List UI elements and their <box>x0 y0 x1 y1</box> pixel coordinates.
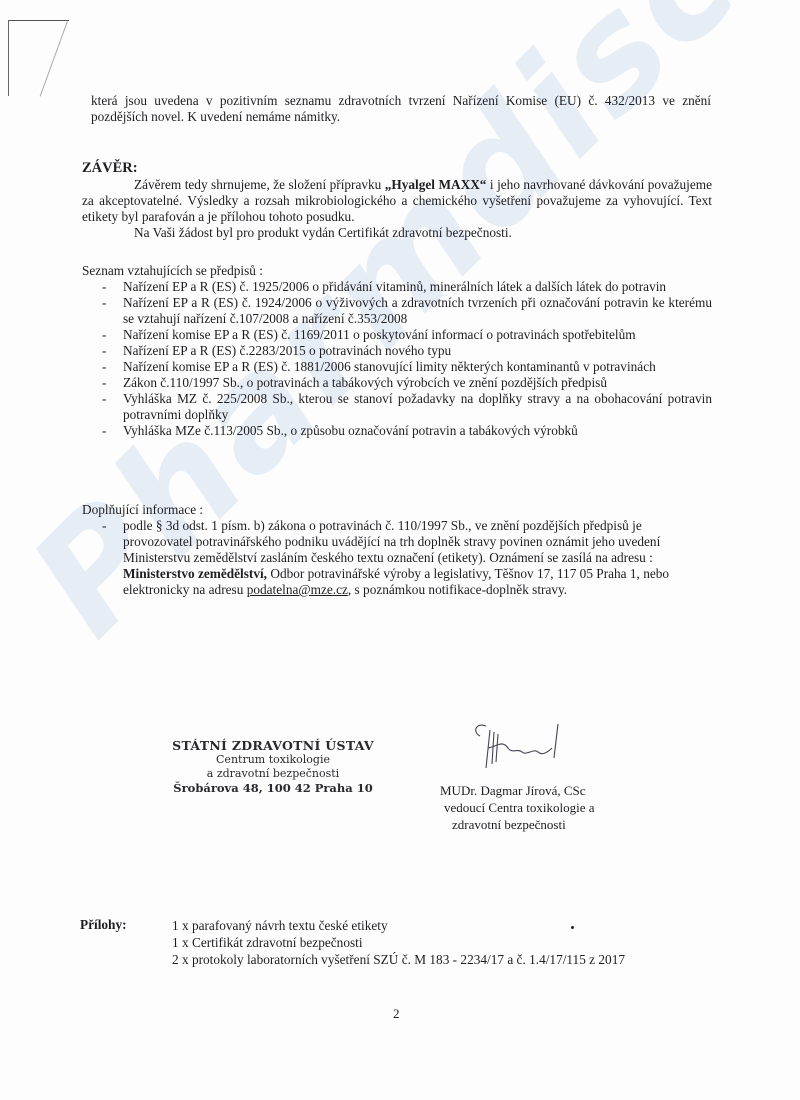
conclusion-paragraph-2: Na Vaši žádost byl pro produkt vydán Cer… <box>82 225 712 241</box>
list-item: Vyhláška MZ č. 225/2008 Sb., kterou se s… <box>100 391 712 423</box>
list-item: Nařízení EP a R (ES) č. 1924/2006 o výži… <box>100 295 712 327</box>
additional-info-title: Doplňující informace : <box>82 502 203 518</box>
list-item: Nařízení EP a R (ES) č. 1925/2006 o přid… <box>100 279 712 295</box>
signer-role-cont: zdravotní bezpečnosti <box>440 816 595 833</box>
conclusion-heading: ZÁVĚR: <box>82 160 138 176</box>
list-item: Nařízení komise EP a R (ES) č. 1169/2011… <box>100 327 712 343</box>
attachments-label: Přílohy: <box>80 917 127 933</box>
scan-corner-mark <box>8 20 69 96</box>
conclusion-body: Závěrem tedy shrnujeme, že složení přípr… <box>82 177 712 241</box>
ink-dot <box>571 926 574 929</box>
list-item: podle § 3d odst. 1 písm. b) zákona o pot… <box>100 518 712 598</box>
list-item: Nařízení komise EP a R (ES) č. 1881/2006… <box>100 359 712 375</box>
intro-paragraph: která jsou uvedena v pozitivním seznamu … <box>91 93 711 125</box>
email-link[interactable]: podatelna@mze.cz <box>247 582 348 597</box>
signature-icon <box>468 718 578 778</box>
list-item: 1 x Certifikát zdravotní bezpečnosti <box>172 934 625 951</box>
ministry-name: Ministerstvo zemědělství, <box>123 566 267 581</box>
signer-name: MUDr. Dagmar Jírová, CSc <box>440 782 595 799</box>
page-number: 2 <box>393 1006 400 1022</box>
regulations-title: Seznam vztahujících se předpisů : <box>82 263 263 279</box>
list-item: Nařízení EP a R (ES) č.2283/2015 o potra… <box>100 343 712 359</box>
list-item: 2 x protokoly laboratorních vyšetření SZ… <box>172 951 625 968</box>
regulations-list: Nařízení EP a R (ES) č. 1925/2006 o přid… <box>100 279 712 439</box>
list-item: Vyhláška MZe č.113/2005 Sb., o způsobu o… <box>100 423 712 439</box>
institution-stamp: STÁTNÍ ZDRAVOTNÍ ÚSTAV Centrum toxikolog… <box>158 738 388 796</box>
signer-block: MUDr. Dagmar Jírová, CSc vedoucí Centra … <box>440 782 595 833</box>
conclusion-paragraph-1: Závěrem tedy shrnujeme, že složení přípr… <box>82 177 712 225</box>
list-item: 1 x parafovaný návrh textu české etikety <box>172 917 625 934</box>
document-page: Pharmdisc.cz která jsou uvedena v poziti… <box>0 0 800 1100</box>
signer-role: vedoucí Centra toxikologie a <box>440 799 595 816</box>
list-item: Zákon č.110/1997 Sb., o potravinách a ta… <box>100 375 712 391</box>
product-name: „Hyalgel MAXX“ <box>385 177 487 192</box>
additional-info-list: podle § 3d odst. 1 písm. b) zákona o pot… <box>100 518 712 598</box>
attachments-list: 1 x parafovaný návrh textu české etikety… <box>172 917 625 968</box>
